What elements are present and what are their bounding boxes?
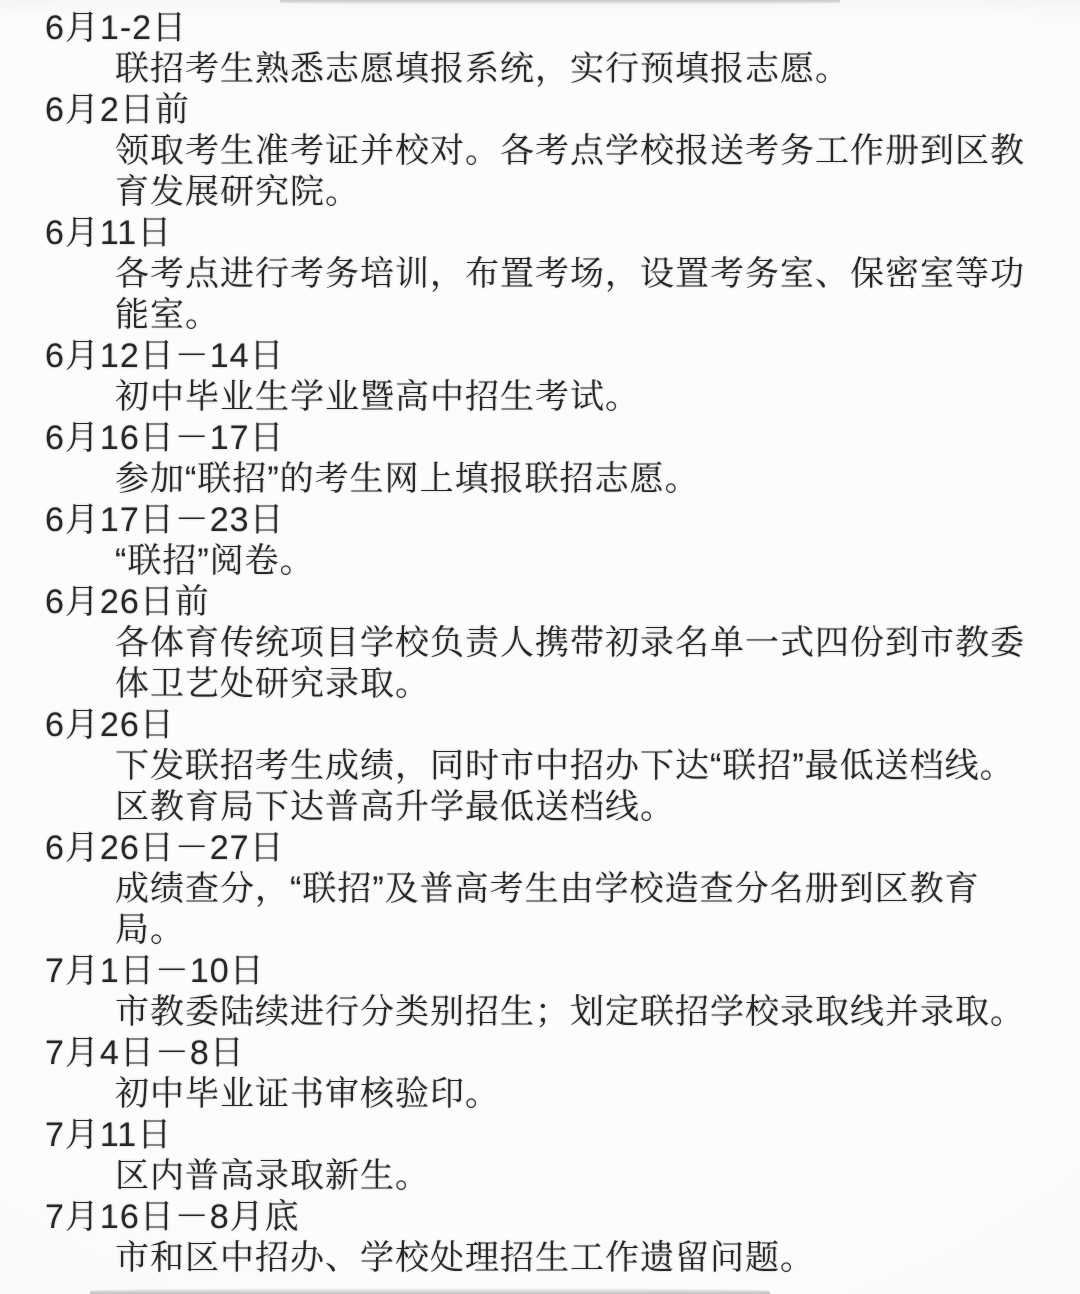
entry-description: 联招考生熟悉志愿填报系统，实行预填报志愿。 — [115, 49, 1035, 90]
schedule-entry: 6月11日 各考点进行考务培训，布置考场，设置考务室、保密室等功能室。 — [45, 213, 1037, 336]
entry-date: 7月4日－8日 — [45, 1033, 1037, 1074]
schedule-entry: 6月26日 下发联招考生成绩，同时市中招办下达“联招”最低送档线。区教育局下达普… — [45, 705, 1037, 828]
entry-description: 市教委陆续进行分类别招生；划定联招学校录取线并录取。 — [115, 992, 1035, 1033]
entry-description: 下发联招考生成绩，同时市中招办下达“联招”最低送档线。区教育局下达普高升学最低送… — [115, 746, 1035, 828]
schedule-entry: 6月1-2日 联招考生熟悉志愿填报系统，实行预填报志愿。 — [45, 8, 1037, 90]
entry-date: 6月26日 — [45, 705, 1037, 746]
schedule-list: 6月1-2日 联招考生熟悉志愿填报系统，实行预填报志愿。 6月2日前 领取考生准… — [45, 8, 1037, 1279]
entry-date: 6月26日前 — [45, 582, 1037, 623]
schedule-entry: 6月2日前 领取考生准考证并校对。各考点学校报送考务工作册到区教育发展研究院。 — [45, 90, 1037, 213]
entry-description: 各考点进行考务培训，布置考场，设置考务室、保密室等功能室。 — [115, 254, 1035, 336]
schedule-entry: 6月17日－23日 “联招”阅卷。 — [45, 500, 1037, 582]
entry-date: 6月11日 — [45, 213, 1037, 254]
entry-description: 市和区中招办、学校处理招生工作遗留问题。 — [115, 1238, 1035, 1279]
schedule-entry: 7月11日 区内普高录取新生。 — [45, 1115, 1037, 1197]
entry-date: 7月11日 — [45, 1115, 1037, 1156]
entry-description: 成绩查分，“联招”及普高考生由学校造查分名册到区教育局。 — [115, 869, 1035, 951]
entry-date: 6月2日前 — [45, 90, 1037, 131]
schedule-entry: 7月4日－8日 初中毕业证书审核验印。 — [45, 1033, 1037, 1115]
entry-date: 7月1日－10日 — [45, 951, 1037, 992]
schedule-entry: 6月12日－14日 初中毕业生学业暨高中招生考试。 — [45, 336, 1037, 418]
photo-artifact-bottom — [90, 1288, 770, 1294]
entry-description: 领取考生准考证并校对。各考点学校报送考务工作册到区教育发展研究院。 — [115, 131, 1035, 213]
entry-date: 6月17日－23日 — [45, 500, 1037, 541]
entry-date: 6月12日－14日 — [45, 336, 1037, 377]
entry-date: 7月16日－8月底 — [45, 1197, 1037, 1238]
entry-description: 初中毕业证书审核验印。 — [115, 1074, 1035, 1115]
entry-date: 6月16日－17日 — [45, 418, 1037, 459]
entry-date: 6月1-2日 — [45, 8, 1037, 49]
schedule-entry: 7月1日－10日 市教委陆续进行分类别招生；划定联招学校录取线并录取。 — [45, 951, 1037, 1033]
entry-description: 初中毕业生学业暨高中招生考试。 — [115, 377, 1035, 418]
entry-description: “联招”阅卷。 — [115, 541, 1035, 582]
entry-description: 区内普高录取新生。 — [115, 1156, 1035, 1197]
entry-description: 参加“联招”的考生网上填报联招志愿。 — [115, 459, 1035, 500]
entry-description: 各体育传统项目学校负责人携带初录名单一式四份到市教委体卫艺处研究录取。 — [115, 623, 1035, 705]
document-page: 6月1-2日 联招考生熟悉志愿填报系统，实行预填报志愿。 6月2日前 领取考生准… — [0, 0, 1080, 1294]
photo-artifact-top — [280, 0, 840, 5]
schedule-entry: 6月26日－27日 成绩查分，“联招”及普高考生由学校造查分名册到区教育局。 — [45, 828, 1037, 951]
schedule-entry: 6月26日前 各体育传统项目学校负责人携带初录名单一式四份到市教委体卫艺处研究录… — [45, 582, 1037, 705]
entry-date: 6月26日－27日 — [45, 828, 1037, 869]
schedule-entry: 7月16日－8月底 市和区中招办、学校处理招生工作遗留问题。 — [45, 1197, 1037, 1279]
schedule-entry: 6月16日－17日 参加“联招”的考生网上填报联招志愿。 — [45, 418, 1037, 500]
